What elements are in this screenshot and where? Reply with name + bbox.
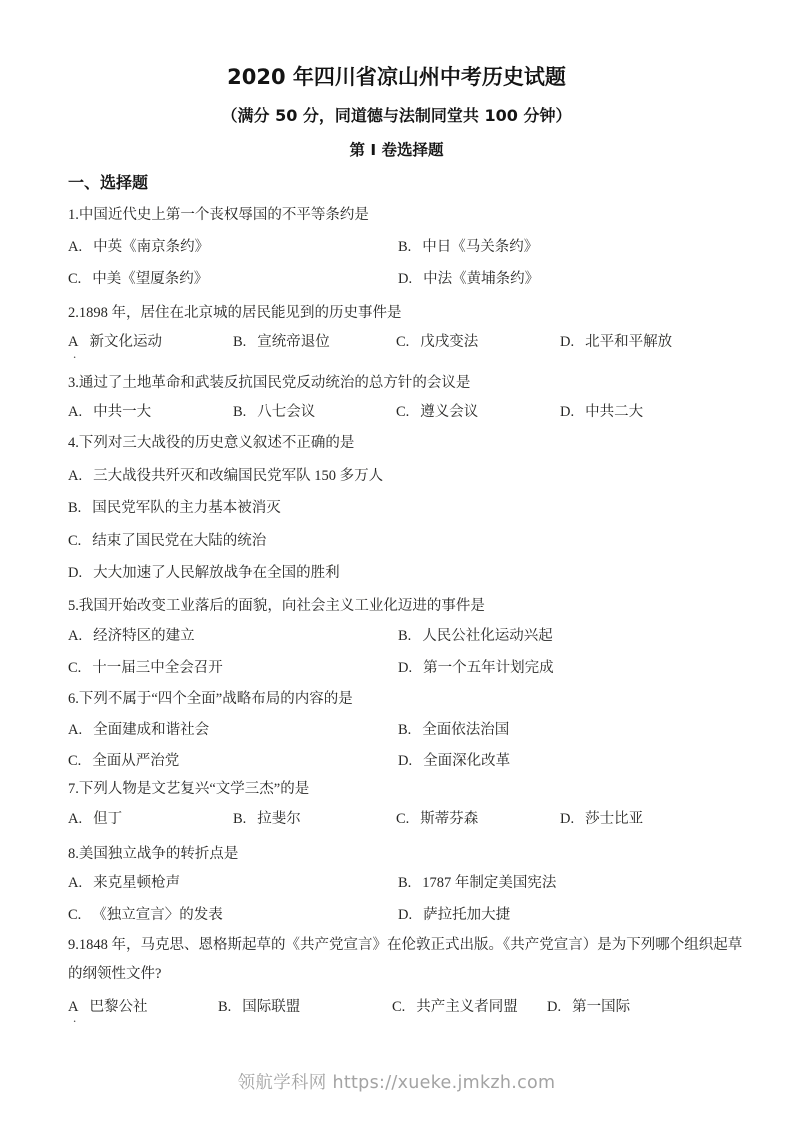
question-4-stem: 4.下列对三大战役的历史意义叙述不正确的是	[68, 432, 748, 456]
question-5-options-row-1: A.经济特区的建立 B.人民公社化运动兴起	[68, 625, 748, 649]
question-7-option-a: A.但丁	[68, 808, 233, 832]
question-6-option-d: D.全面深化改革	[398, 750, 748, 774]
question-1-stem: 1.中国近代史上第一个丧权辱国的不平等条约是	[68, 204, 748, 228]
question-5-option-d: D.第一个五年计划完成	[398, 657, 748, 681]
question-5-stem: 5.我国开始改变工业落后的面貌，向社会主义工业化迈进的事件是	[68, 595, 748, 619]
question-3-stem: 3.通过了土地革命和武装反抗国民党反动统治的总方针的会议是	[68, 372, 748, 396]
question-9-option-a: A巴黎公社	[68, 996, 218, 1020]
question-8-option-c: C.《独立宣言〉的发表	[68, 904, 398, 928]
question-6-option-c: C.全面从严治党	[68, 750, 398, 774]
question-1-option-d: D.中法《黄埔条约》	[398, 268, 748, 292]
question-4-option-d: D.大大加速了人民解放战争在全国的胜利	[68, 562, 748, 586]
question-8-stem: 8.美国独立战争的转折点是	[68, 843, 748, 867]
question-5-option-a: A.经济特区的建立	[68, 625, 398, 649]
question-9-stem-line-2: 的纲领性文件?	[68, 963, 748, 987]
question-6-options-row-2: C.全面从严治党 D.全面深化改革	[68, 750, 748, 774]
question-7-option-d: D.莎士比亚	[560, 808, 748, 832]
question-3-option-c: C.遵义会议	[396, 401, 560, 425]
question-2-options-row: A新文化运动 B.宣统帝退位 C.戊戌变法 D.北平和平解放	[68, 331, 748, 355]
question-1-options-row-1: A.中英《南京条约》 B.中日《马关条约》	[68, 236, 748, 260]
question-1-option-c: C.中美《望厦条约》	[68, 268, 398, 292]
stray-dot-mark: .	[73, 1014, 76, 1024]
page-title: 2020 年四川省凉山州中考历史试题	[0, 66, 793, 90]
question-9-option-c: C.共产主义者同盟	[392, 996, 547, 1020]
question-2-option-d: D.北平和平解放	[560, 331, 748, 355]
question-8-options-row-1: A.来克星顿枪声 B.1787 年制定美国宪法	[68, 872, 748, 896]
question-8-option-b: B.1787 年制定美国宪法	[398, 872, 748, 896]
question-1-option-a: A.中英《南京条约》	[68, 236, 398, 260]
part-heading: 一、选择题	[68, 172, 748, 196]
question-9-option-d: D.第一国际	[547, 996, 748, 1020]
question-5-options-row-2: C.十一届三中全会召开 D.第一个五年计划完成	[68, 657, 748, 681]
question-6-stem: 6.下列不属于“四个全面”战略布局的内容的是	[68, 688, 748, 712]
stray-dot-mark: .	[73, 350, 76, 360]
question-8-option-a: A.来克星顿枪声	[68, 872, 398, 896]
page-subtitle: （满分 50 分，同道德与法制同堂共 100 分钟）	[0, 105, 793, 129]
watermark: 领航学科网 https://xueke.jmkzh.com	[0, 1069, 793, 1094]
question-8-options-row-2: C.《独立宣言〉的发表 D.萨拉托加大捷	[68, 904, 748, 928]
section-heading: 第 I 卷选择题	[0, 139, 793, 163]
question-2-option-a: A新文化运动	[68, 331, 233, 355]
question-3-option-a: A.中共一大	[68, 401, 233, 425]
question-7-options-row: A.但丁 B.拉斐尔 C.斯蒂芬森 D.莎士比亚	[68, 808, 748, 832]
question-8-option-d: D.萨拉托加大捷	[398, 904, 748, 928]
question-6-option-a: A.全面建成和谐社会	[68, 719, 398, 743]
question-4-option-a: A.三大战役共歼灭和改编国民党军队 150 多万人	[68, 465, 748, 489]
question-2-option-c: C.戊戌变法	[396, 331, 560, 355]
question-3-option-d: D.中共二大	[560, 401, 748, 425]
question-2-stem: 2.1898 年，居住在北京城的居民能见到的历史事件是	[68, 302, 748, 326]
question-2-option-b: B.宣统帝退位	[233, 331, 396, 355]
question-1-options-row-2: C.中美《望厦条约》 D.中法《黄埔条约》	[68, 268, 748, 292]
question-4-option-b: B.国民党军队的主力基本被消灭	[68, 497, 748, 521]
question-6-option-b: B.全面依法治国	[398, 719, 748, 743]
question-9-options-row: A巴黎公社 B.国际联盟 C.共产主义者同盟 D.第一国际	[68, 996, 748, 1020]
exam-paper-page: 2020 年四川省凉山州中考历史试题 （满分 50 分，同道德与法制同堂共 10…	[0, 0, 793, 1122]
question-3-options-row: A.中共一大 B.八七会议 C.遵义会议 D.中共二大	[68, 401, 748, 425]
question-6-options-row-1: A.全面建成和谐社会 B.全面依法治国	[68, 719, 748, 743]
question-9-option-b: B.国际联盟	[218, 996, 392, 1020]
question-7-stem: 7.下列人物是文艺复兴“文学三杰”的是	[68, 778, 748, 802]
question-9-stem-line-1: 9.1848 年，马克思、恩格斯起草的《共产党宣言》在伦敦正式出版。《共产党宣言…	[68, 934, 748, 958]
question-5-option-b: B.人民公社化运动兴起	[398, 625, 748, 649]
question-7-option-b: B.拉斐尔	[233, 808, 396, 832]
question-4-option-c: C.结束了国民党在大陆的统治	[68, 530, 748, 554]
question-3-option-b: B.八七会议	[233, 401, 396, 425]
question-7-option-c: C.斯蒂芬森	[396, 808, 560, 832]
question-5-option-c: C.十一届三中全会召开	[68, 657, 398, 681]
question-1-option-b: B.中日《马关条约》	[398, 236, 748, 260]
